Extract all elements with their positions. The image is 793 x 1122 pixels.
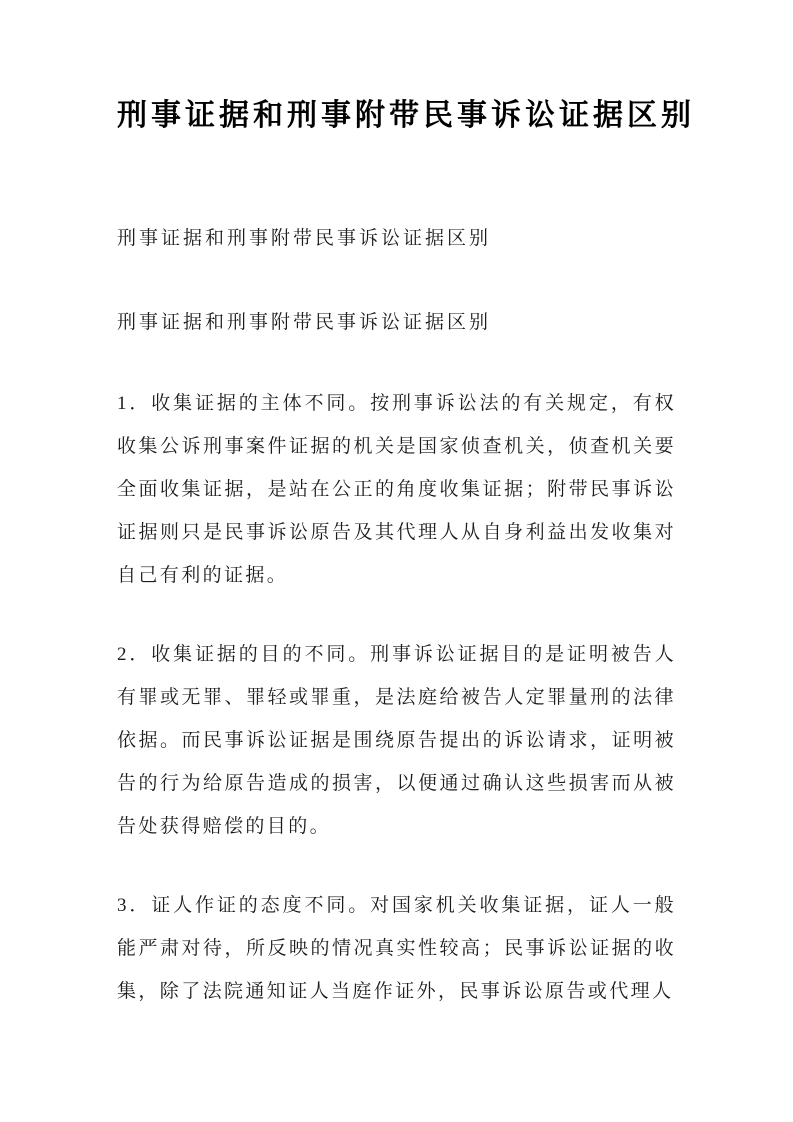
subtitle-line-2: 刑事证据和刑事附带民事诉讼证据区别	[117, 311, 676, 335]
paragraph-1-evidence-collection-subject: 1．收集证据的主体不同。按刑事诉讼法的有关规定，有权收集公诉刑事案件证据的机关是…	[117, 382, 676, 597]
document-title: 刑事证据和刑事附带民事诉讼证据区别	[117, 98, 676, 134]
document-page: 刑事证据和刑事附带民事诉讼证据区别 刑事证据和刑事附带民事诉讼证据区别 刑事证据…	[0, 0, 793, 1122]
paragraph-3-witness-attitude: 3．证人作证的态度不同。对国家机关收集证据，证人一般能严肃对待，所反映的情况真实…	[117, 884, 676, 1013]
paragraph-2-evidence-collection-purpose: 2．收集证据的目的不同。刑事诉讼证据目的是证明被告人有罪或无罪、罪轻或罪重，是法…	[117, 633, 676, 848]
subtitle-line-1: 刑事证据和刑事附带民事诉讼证据区别	[117, 227, 676, 251]
